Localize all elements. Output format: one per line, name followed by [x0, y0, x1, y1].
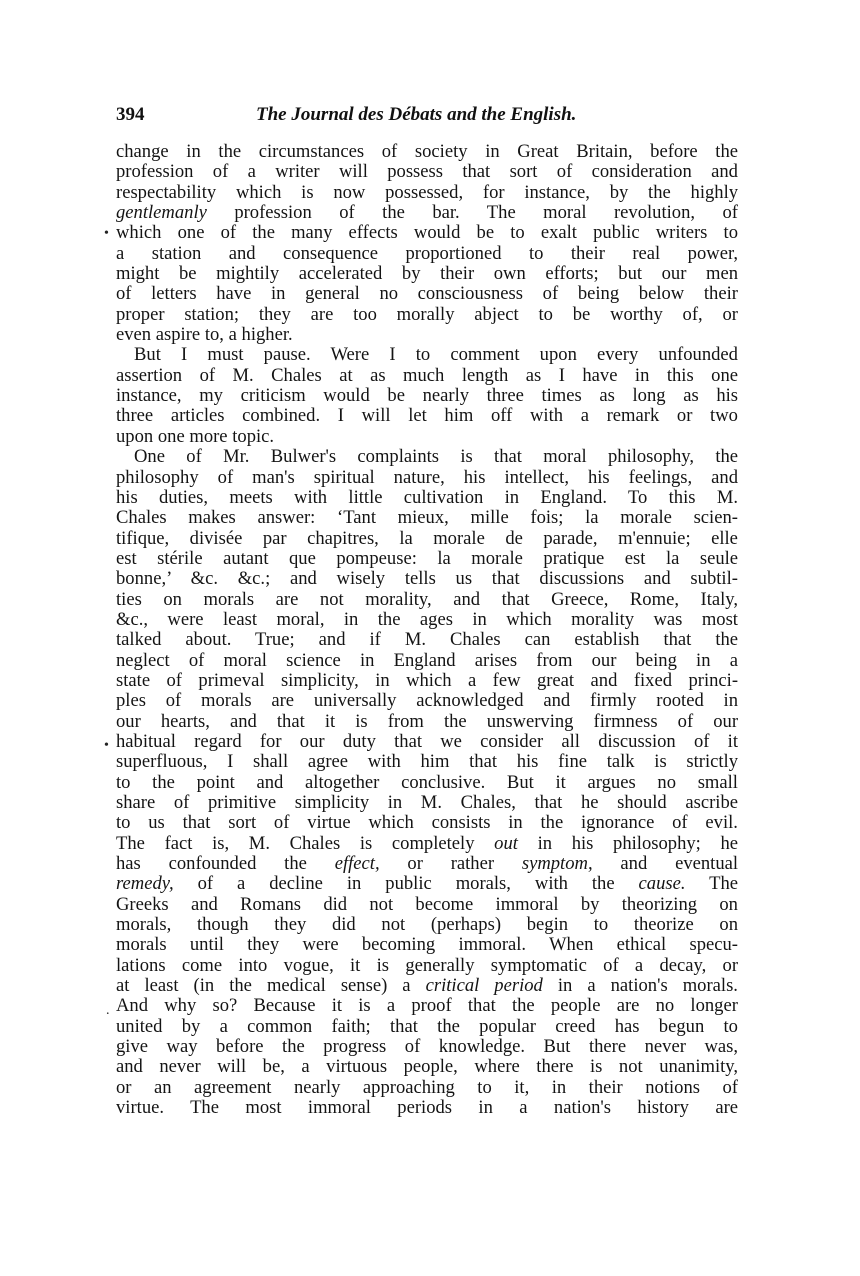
text-line: might be mightily accelerated by their o… — [116, 264, 738, 284]
text-line: ties on morals are not morality, and tha… — [116, 590, 738, 610]
text-line: three articles combined. I will let him … — [116, 406, 738, 426]
text-line: united by a common faith; that the popul… — [116, 1017, 738, 1037]
text-line: give way before the progress of knowledg… — [116, 1037, 738, 1057]
text-line: &c., were least moral, in the ages in wh… — [116, 610, 738, 630]
text-line: of letters have in general no consciousn… — [116, 284, 738, 304]
text-line: respectability which is now possessed, f… — [116, 183, 738, 203]
text-line: habitual regard for our duty that we con… — [116, 732, 738, 752]
text-line: And why so? Because it is a proof that t… — [116, 996, 738, 1016]
text-line: even aspire to, a higher. — [116, 325, 738, 345]
text-line: morals until they were becoming immoral.… — [116, 935, 738, 955]
text-line: tifique, divisée par chapitres, la moral… — [116, 529, 738, 549]
text-line: ples of morals are universally acknowled… — [116, 691, 738, 711]
text-line: instance, my criticism would be nearly t… — [116, 386, 738, 406]
text-line: But I must pause. Were I to comment upon… — [116, 345, 738, 365]
margin-mark: . — [106, 1003, 110, 1019]
text-line: assertion of M. Chales at as much length… — [116, 366, 738, 386]
text-line: to us that sort of virtue which consists… — [116, 813, 738, 833]
text-line: talked about. True; and if M. Chales can… — [116, 630, 738, 650]
text-line: his duties, meets with little cultivatio… — [116, 488, 738, 508]
text-line: morals, though they did not (perhaps) be… — [116, 915, 738, 935]
page-header: 394 The Journal des Débats and the Engli… — [116, 104, 740, 130]
book-page: 394 The Journal des Débats and the Engli… — [0, 0, 860, 1276]
text-line: philosophy of man's spiritual nature, hi… — [116, 468, 738, 488]
text-line: The fact is, M. Chales is completely out… — [116, 834, 738, 854]
margin-mark: • — [104, 226, 109, 242]
text-line: proper station; they are too morally abj… — [116, 305, 738, 325]
text-line: profession of a writer will possess that… — [116, 162, 738, 182]
text-line: state of primeval simplicity, in which a… — [116, 671, 738, 691]
text-line: gentlemanly profession of the bar. The m… — [116, 203, 738, 223]
text-line: change in the circumstances of society i… — [116, 142, 738, 162]
text-line: bonne,’ &c. &c.; and wisely tells us tha… — [116, 569, 738, 589]
text-line: est stérile autant que pompeuse: la mora… — [116, 549, 738, 569]
text-line: or an agreement nearly approaching to it… — [116, 1078, 738, 1098]
text-line: at least (in the medical sense) a critic… — [116, 976, 738, 996]
text-line: Chales makes answer: ‘Tant mieux, mille … — [116, 508, 738, 528]
running-title: The Journal des Débats and the English. — [256, 104, 576, 126]
text-line: upon one more topic. — [116, 427, 738, 447]
text-line: has confounded the effect, or rather sym… — [116, 854, 738, 874]
text-line: One of Mr. Bulwer's complaints is that m… — [116, 447, 738, 467]
text-line: lations come into vogue, it is generally… — [116, 956, 738, 976]
text-line: and never will be, a virtuous people, wh… — [116, 1057, 738, 1077]
text-line: a station and consequence proportioned t… — [116, 244, 738, 264]
body-text: change in the circumstances of society i… — [116, 142, 738, 1119]
text-line: virtue. The most immoral periods in a na… — [116, 1098, 738, 1118]
text-line: Greeks and Romans did not become immoral… — [116, 895, 738, 915]
text-line: share of primitive simplicity in M. Chal… — [116, 793, 738, 813]
margin-mark: • — [104, 738, 109, 754]
text-line: which one of the many effects would be t… — [116, 223, 738, 243]
text-line: our hearts, and that it is from the unsw… — [116, 712, 738, 732]
text-line: neglect of moral science in England aris… — [116, 651, 738, 671]
text-line: remedy, of a decline in public morals, w… — [116, 874, 738, 894]
text-line: superfluous, I shall agree with him that… — [116, 752, 738, 772]
text-line: to the point and altogether conclusive. … — [116, 773, 738, 793]
page-number: 394 — [116, 104, 145, 126]
